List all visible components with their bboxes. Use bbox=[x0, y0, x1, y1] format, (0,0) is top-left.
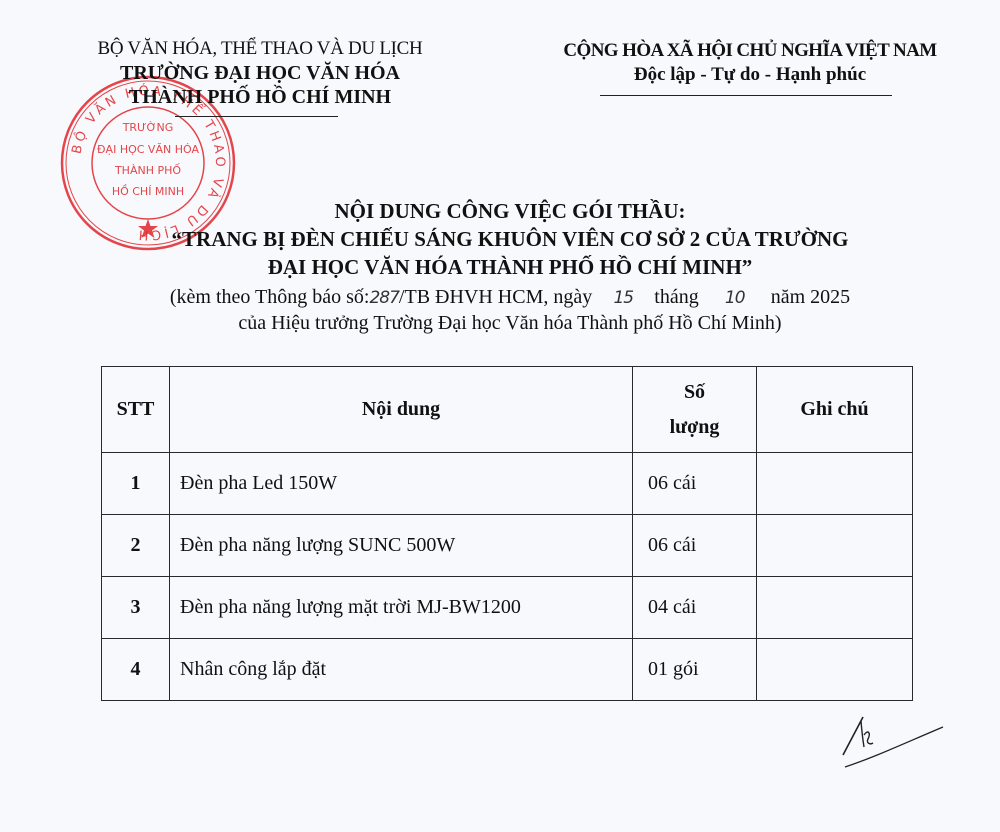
header-note: Ghi chú bbox=[757, 367, 913, 453]
package-name-line1: “TRANG BỊ ĐÈN CHIẾU SÁNG KHUÔN VIÊN CƠ S… bbox=[100, 227, 920, 252]
national-motto: Độc lập - Tự do - Hạnh phúc bbox=[520, 64, 980, 86]
row-stt: 2 bbox=[102, 515, 170, 577]
header-content: Nội dung bbox=[170, 367, 633, 453]
row-content: Đèn pha năng lượng SUNC 500W bbox=[170, 515, 633, 577]
work-items-table: STT Nội dung Số lượng Ghi chú 1 Đèn pha … bbox=[101, 366, 913, 701]
reference-line1: (kèm theo Thông báo số:287/TB ĐHVH HCM, … bbox=[100, 286, 920, 309]
svg-text:THÀNH PHỐ: THÀNH PHỐ bbox=[114, 163, 181, 177]
reference-day: 15 bbox=[597, 288, 649, 308]
nation-name: CỘNG HÒA XÃ HỘI CHỦ NGHĨA VIỆT NAM bbox=[520, 40, 980, 62]
table-row: 4 Nhân công lắp đặt 01 gói bbox=[102, 639, 913, 701]
row-content: Đèn pha Led 150W bbox=[170, 453, 633, 515]
ministry-name: BỘ VĂN HÓA, THỂ THAO VÀ DU LỊCH bbox=[60, 38, 460, 60]
row-note bbox=[757, 515, 913, 577]
school-name-line1: TRƯỜNG ĐẠI HỌC VĂN HÓA bbox=[60, 62, 460, 85]
svg-text:TRƯỜNG: TRƯỜNG bbox=[122, 121, 174, 134]
package-name-line2: ĐẠI HỌC VĂN HÓA THÀNH PHỐ HỒ CHÍ MINH” bbox=[100, 255, 920, 280]
header-left-divider bbox=[175, 116, 338, 117]
reference-year: năm 2025 bbox=[771, 286, 850, 308]
row-stt: 1 bbox=[102, 453, 170, 515]
table-header-row: STT Nội dung Số lượng Ghi chú bbox=[102, 367, 913, 453]
reference-prefix: (kèm theo Thông báo số: bbox=[170, 286, 370, 308]
month-label: tháng bbox=[654, 286, 698, 308]
row-stt: 3 bbox=[102, 577, 170, 639]
header-quantity-line1: Số bbox=[633, 375, 756, 410]
header-quantity: Số lượng bbox=[633, 367, 757, 453]
row-quantity: 06 cái bbox=[633, 515, 757, 577]
notice-number: 287 bbox=[369, 288, 398, 308]
row-note bbox=[757, 639, 913, 701]
signature-initials-icon bbox=[835, 705, 955, 775]
row-quantity: 06 cái bbox=[633, 453, 757, 515]
row-note bbox=[757, 453, 913, 515]
reference-doc-code: /TB ĐHVH HCM, ngày bbox=[399, 286, 592, 308]
row-stt: 4 bbox=[102, 639, 170, 701]
table-row: 1 Đèn pha Led 150W 06 cái bbox=[102, 453, 913, 515]
table-row: 2 Đèn pha năng lượng SUNC 500W 06 cái bbox=[102, 515, 913, 577]
header-right-divider bbox=[600, 95, 892, 96]
school-name-line2: THÀNH PHỐ HỒ CHÍ MINH bbox=[60, 86, 460, 109]
row-content: Đèn pha năng lượng mặt trời MJ-BW1200 bbox=[170, 577, 633, 639]
reference-month: 10 bbox=[704, 288, 766, 308]
reference-line2: của Hiệu trưởng Trường Đại học Văn hóa T… bbox=[100, 312, 920, 335]
row-note bbox=[757, 577, 913, 639]
header-quantity-line2: lượng bbox=[633, 410, 756, 445]
svg-text:HỒ CHÍ MINH: HỒ CHÍ MINH bbox=[112, 184, 184, 198]
svg-text:ĐẠI HỌC VĂN HÓA: ĐẠI HỌC VĂN HÓA bbox=[97, 143, 199, 156]
table-row: 3 Đèn pha năng lượng mặt trời MJ-BW1200 … bbox=[102, 577, 913, 639]
row-quantity: 01 gói bbox=[633, 639, 757, 701]
row-quantity: 04 cái bbox=[633, 577, 757, 639]
document-title: NỘI DUNG CÔNG VIỆC GÓI THẦU: bbox=[100, 199, 920, 224]
header-stt: STT bbox=[102, 367, 170, 453]
row-content: Nhân công lắp đặt bbox=[170, 639, 633, 701]
